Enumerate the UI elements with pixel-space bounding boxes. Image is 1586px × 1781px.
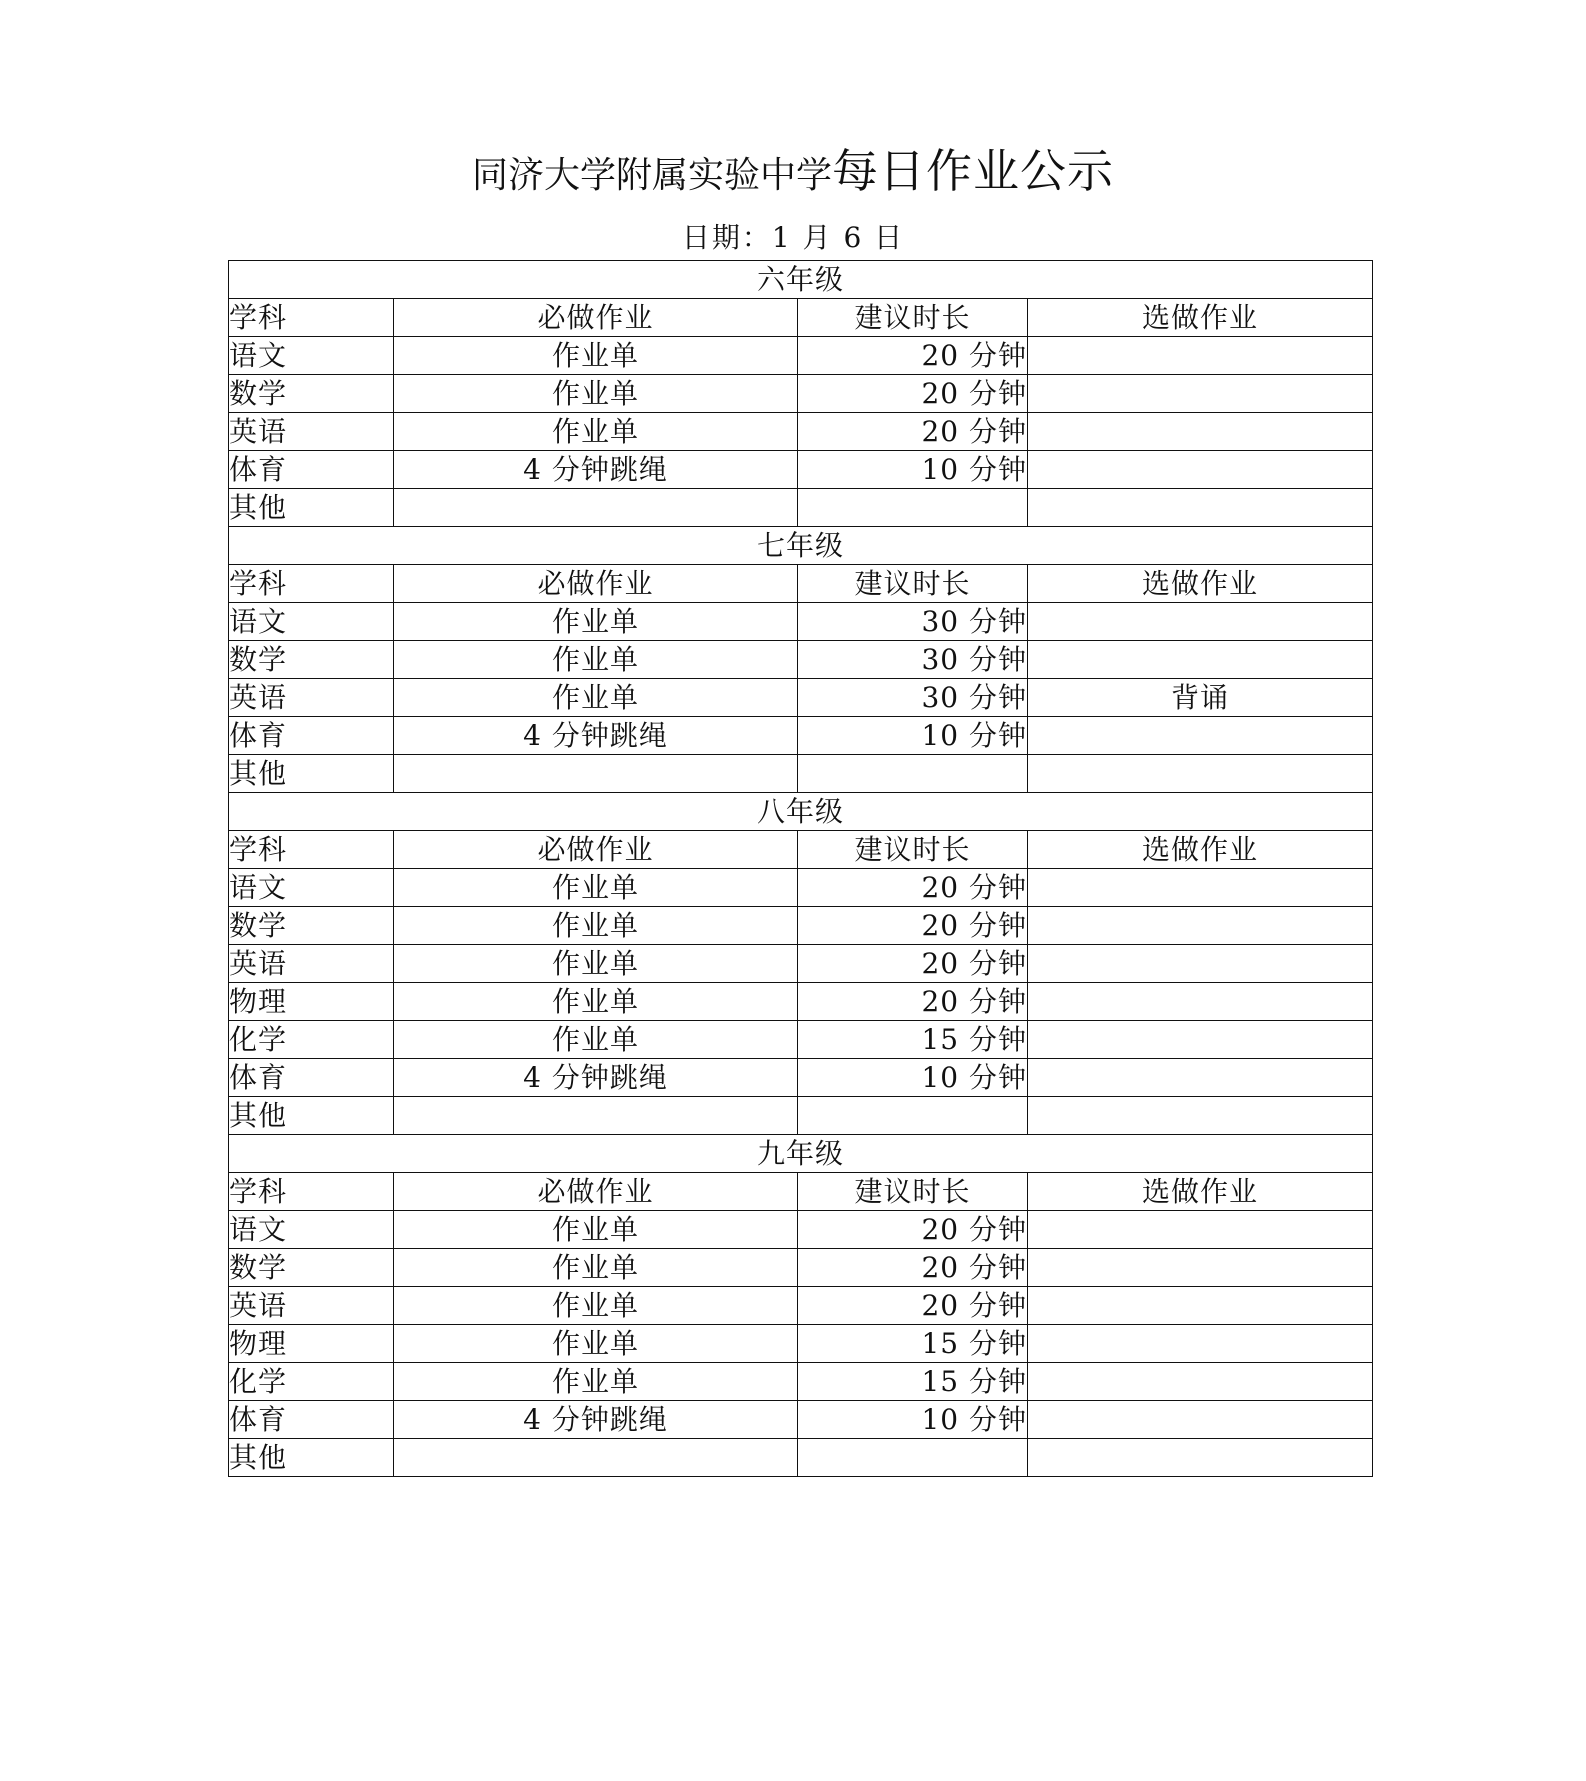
duration-cell: 10 分钟 xyxy=(798,1059,1028,1097)
required-homework-cell: 4 分钟跳绳 xyxy=(394,451,798,489)
table-row: 语文作业单30 分钟 xyxy=(229,603,1373,641)
duration-cell: 30 分钟 xyxy=(798,679,1028,717)
required-homework-cell: 作业单 xyxy=(394,337,798,375)
optional-homework-cell xyxy=(1028,1249,1373,1287)
required-homework-cell: 作业单 xyxy=(394,945,798,983)
required-homework-cell: 作业单 xyxy=(394,1021,798,1059)
column-header-required: 必做作业 xyxy=(394,299,798,337)
duration-cell: 20 分钟 xyxy=(798,869,1028,907)
table-row: 其他 xyxy=(229,755,1373,793)
homework-table: 六年级学科必做作业建议时长选做作业语文作业单20 分钟数学作业单20 分钟英语作… xyxy=(228,260,1373,1477)
required-homework-cell: 作业单 xyxy=(394,375,798,413)
optional-homework-cell xyxy=(1028,907,1373,945)
duration-cell: 20 分钟 xyxy=(798,1211,1028,1249)
table-row: 英语作业单20 分钟 xyxy=(229,413,1373,451)
column-header-duration: 建议时长 xyxy=(798,1173,1028,1211)
optional-homework-cell xyxy=(1028,1097,1373,1135)
required-homework-cell: 作业单 xyxy=(394,1325,798,1363)
required-homework-cell: 作业单 xyxy=(394,907,798,945)
grade-title: 七年级 xyxy=(229,527,1373,565)
column-header-subject: 学科 xyxy=(229,831,394,869)
required-homework-cell: 作业单 xyxy=(394,1363,798,1401)
duration-cell xyxy=(798,1097,1028,1135)
duration-cell: 30 分钟 xyxy=(798,641,1028,679)
column-header-required: 必做作业 xyxy=(394,565,798,603)
table-row: 数学作业单20 分钟 xyxy=(229,1249,1373,1287)
required-homework-cell: 4 分钟跳绳 xyxy=(394,1059,798,1097)
column-header-required: 必做作业 xyxy=(394,1173,798,1211)
column-header-row: 学科必做作业建议时长选做作业 xyxy=(229,1173,1373,1211)
column-header-optional: 选做作业 xyxy=(1028,565,1373,603)
table-row: 体育4 分钟跳绳10 分钟 xyxy=(229,451,1373,489)
column-header-subject: 学科 xyxy=(229,299,394,337)
duration-cell: 15 分钟 xyxy=(798,1325,1028,1363)
column-header-optional: 选做作业 xyxy=(1028,299,1373,337)
optional-homework-cell xyxy=(1028,489,1373,527)
column-header-duration: 建议时长 xyxy=(798,565,1028,603)
optional-homework-cell xyxy=(1028,983,1373,1021)
grade-header-row: 八年级 xyxy=(229,793,1373,831)
school-name: 同济大学附属实验中学 xyxy=(472,155,832,196)
optional-homework-cell xyxy=(1028,717,1373,755)
optional-homework-cell xyxy=(1028,869,1373,907)
subject-cell: 数学 xyxy=(229,375,394,413)
optional-homework-cell xyxy=(1028,1287,1373,1325)
required-homework-cell: 作业单 xyxy=(394,641,798,679)
column-header-duration: 建议时长 xyxy=(798,299,1028,337)
optional-homework-cell xyxy=(1028,1021,1373,1059)
table-row: 数学作业单20 分钟 xyxy=(229,907,1373,945)
table-row: 其他 xyxy=(229,1097,1373,1135)
subject-cell: 其他 xyxy=(229,755,394,793)
subject-cell: 化学 xyxy=(229,1021,394,1059)
optional-homework-cell xyxy=(1028,1401,1373,1439)
required-homework-cell: 作业单 xyxy=(394,1211,798,1249)
table-row: 体育4 分钟跳绳10 分钟 xyxy=(229,717,1373,755)
subject-cell: 英语 xyxy=(229,679,394,717)
table-row: 英语作业单20 分钟 xyxy=(229,1287,1373,1325)
subject-cell: 语文 xyxy=(229,1211,394,1249)
required-homework-cell: 作业单 xyxy=(394,869,798,907)
required-homework-cell xyxy=(394,1097,798,1135)
table-row: 语文作业单20 分钟 xyxy=(229,337,1373,375)
optional-homework-cell: 背诵 xyxy=(1028,679,1373,717)
table-row: 化学作业单15 分钟 xyxy=(229,1021,1373,1059)
duration-cell: 20 分钟 xyxy=(798,1249,1028,1287)
subject-cell: 语文 xyxy=(229,603,394,641)
subject-cell: 化学 xyxy=(229,1363,394,1401)
column-header-row: 学科必做作业建议时长选做作业 xyxy=(229,299,1373,337)
optional-homework-cell xyxy=(1028,413,1373,451)
subject-cell: 英语 xyxy=(229,945,394,983)
subject-cell: 其他 xyxy=(229,1439,394,1477)
subject-cell: 体育 xyxy=(229,1059,394,1097)
optional-homework-cell xyxy=(1028,1059,1373,1097)
optional-homework-cell xyxy=(1028,1439,1373,1477)
optional-homework-cell xyxy=(1028,1211,1373,1249)
optional-homework-cell xyxy=(1028,641,1373,679)
homework-table-body: 六年级学科必做作业建议时长选做作业语文作业单20 分钟数学作业单20 分钟英语作… xyxy=(229,261,1373,1477)
column-header-required: 必做作业 xyxy=(394,831,798,869)
page-title: 同济大学附属实验中学每日作业公示 xyxy=(0,148,1586,194)
grade-header-row: 九年级 xyxy=(229,1135,1373,1173)
duration-cell: 30 分钟 xyxy=(798,603,1028,641)
duration-cell: 15 分钟 xyxy=(798,1363,1028,1401)
subject-cell: 其他 xyxy=(229,489,394,527)
subject-cell: 语文 xyxy=(229,869,394,907)
table-row: 化学作业单15 分钟 xyxy=(229,1363,1373,1401)
title-suffix: 每日作业公示 xyxy=(832,144,1114,198)
duration-cell: 20 分钟 xyxy=(798,337,1028,375)
column-header-subject: 学科 xyxy=(229,1173,394,1211)
column-header-subject: 学科 xyxy=(229,565,394,603)
subject-cell: 物理 xyxy=(229,1325,394,1363)
table-row: 数学作业单30 分钟 xyxy=(229,641,1373,679)
grade-header-row: 六年级 xyxy=(229,261,1373,299)
date-line: 日期：1 月 6 日 xyxy=(0,224,1586,252)
subject-cell: 数学 xyxy=(229,907,394,945)
column-header-duration: 建议时长 xyxy=(798,831,1028,869)
required-homework-cell xyxy=(394,755,798,793)
required-homework-cell: 4 分钟跳绳 xyxy=(394,717,798,755)
subject-cell: 语文 xyxy=(229,337,394,375)
optional-homework-cell xyxy=(1028,1325,1373,1363)
subject-cell: 物理 xyxy=(229,983,394,1021)
duration-cell: 15 分钟 xyxy=(798,1021,1028,1059)
table-row: 语文作业单20 分钟 xyxy=(229,1211,1373,1249)
duration-cell: 20 分钟 xyxy=(798,907,1028,945)
duration-cell: 20 分钟 xyxy=(798,945,1028,983)
subject-cell: 数学 xyxy=(229,1249,394,1287)
table-row: 物理作业单20 分钟 xyxy=(229,983,1373,1021)
column-header-optional: 选做作业 xyxy=(1028,831,1373,869)
required-homework-cell: 作业单 xyxy=(394,413,798,451)
grade-header-row: 七年级 xyxy=(229,527,1373,565)
subject-cell: 英语 xyxy=(229,1287,394,1325)
grade-title: 八年级 xyxy=(229,793,1373,831)
subject-cell: 英语 xyxy=(229,413,394,451)
table-row: 体育4 分钟跳绳10 分钟 xyxy=(229,1401,1373,1439)
required-homework-cell xyxy=(394,489,798,527)
optional-homework-cell xyxy=(1028,755,1373,793)
duration-cell xyxy=(798,1439,1028,1477)
duration-cell: 20 分钟 xyxy=(798,375,1028,413)
table-row: 英语作业单30 分钟背诵 xyxy=(229,679,1373,717)
duration-cell: 10 分钟 xyxy=(798,717,1028,755)
optional-homework-cell xyxy=(1028,337,1373,375)
duration-cell: 20 分钟 xyxy=(798,983,1028,1021)
duration-cell xyxy=(798,755,1028,793)
grade-title: 九年级 xyxy=(229,1135,1373,1173)
required-homework-cell: 作业单 xyxy=(394,679,798,717)
subject-cell: 其他 xyxy=(229,1097,394,1135)
required-homework-cell: 作业单 xyxy=(394,983,798,1021)
subject-cell: 体育 xyxy=(229,451,394,489)
required-homework-cell: 作业单 xyxy=(394,1287,798,1325)
subject-cell: 体育 xyxy=(229,717,394,755)
optional-homework-cell xyxy=(1028,375,1373,413)
table-row: 体育4 分钟跳绳10 分钟 xyxy=(229,1059,1373,1097)
required-homework-cell: 4 分钟跳绳 xyxy=(394,1401,798,1439)
column-header-optional: 选做作业 xyxy=(1028,1173,1373,1211)
grade-title: 六年级 xyxy=(229,261,1373,299)
column-header-row: 学科必做作业建议时长选做作业 xyxy=(229,831,1373,869)
table-row: 其他 xyxy=(229,489,1373,527)
table-row: 物理作业单15 分钟 xyxy=(229,1325,1373,1363)
optional-homework-cell xyxy=(1028,603,1373,641)
required-homework-cell: 作业单 xyxy=(394,603,798,641)
optional-homework-cell xyxy=(1028,945,1373,983)
duration-cell: 10 分钟 xyxy=(798,451,1028,489)
table-row: 英语作业单20 分钟 xyxy=(229,945,1373,983)
duration-cell: 20 分钟 xyxy=(798,1287,1028,1325)
column-header-row: 学科必做作业建议时长选做作业 xyxy=(229,565,1373,603)
duration-cell: 20 分钟 xyxy=(798,413,1028,451)
duration-cell xyxy=(798,489,1028,527)
duration-cell: 10 分钟 xyxy=(798,1401,1028,1439)
optional-homework-cell xyxy=(1028,451,1373,489)
subject-cell: 体育 xyxy=(229,1401,394,1439)
required-homework-cell: 作业单 xyxy=(394,1249,798,1287)
subject-cell: 数学 xyxy=(229,641,394,679)
table-row: 其他 xyxy=(229,1439,1373,1477)
optional-homework-cell xyxy=(1028,1363,1373,1401)
table-row: 数学作业单20 分钟 xyxy=(229,375,1373,413)
required-homework-cell xyxy=(394,1439,798,1477)
table-row: 语文作业单20 分钟 xyxy=(229,869,1373,907)
